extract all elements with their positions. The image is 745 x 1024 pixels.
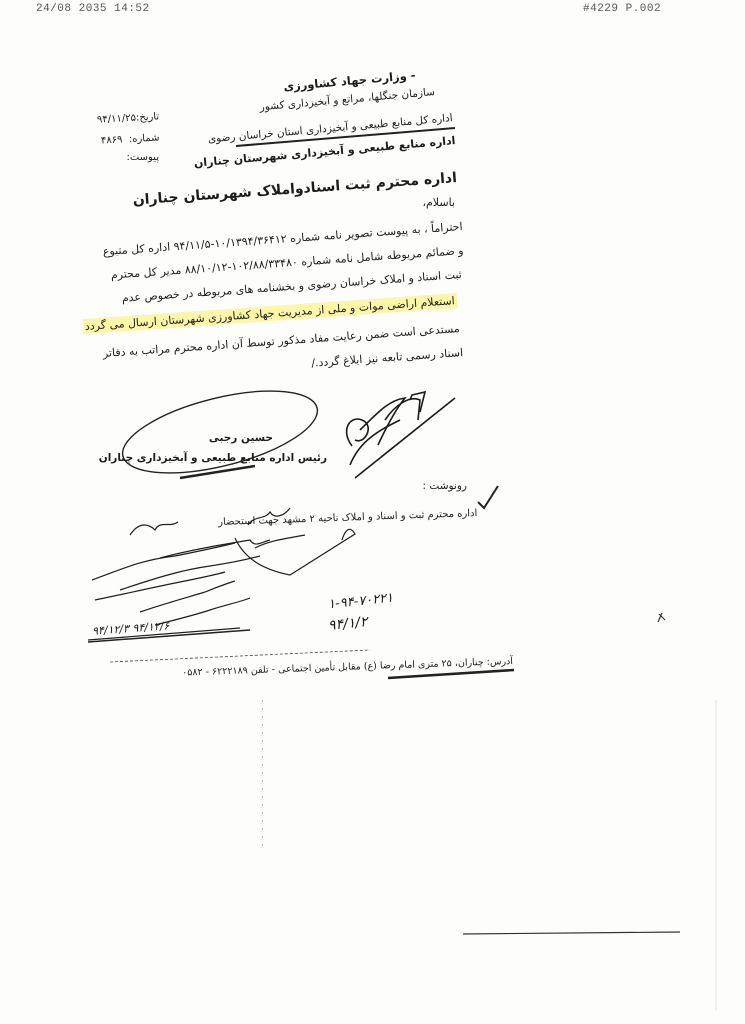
signer-title: رئیس اداره منابع طبیعی و آبخیزداری چنارا… — [99, 452, 327, 464]
checkmark — [478, 486, 498, 508]
bottom-rule — [463, 932, 680, 934]
letterhead-underline — [236, 128, 455, 146]
cc-label: رونوشت : — [423, 480, 467, 492]
footer-rule — [388, 670, 514, 678]
signer-name: حسین رجبی — [209, 432, 273, 444]
scan-artifact — [262, 700, 263, 850]
signature-scribble — [347, 392, 455, 478]
